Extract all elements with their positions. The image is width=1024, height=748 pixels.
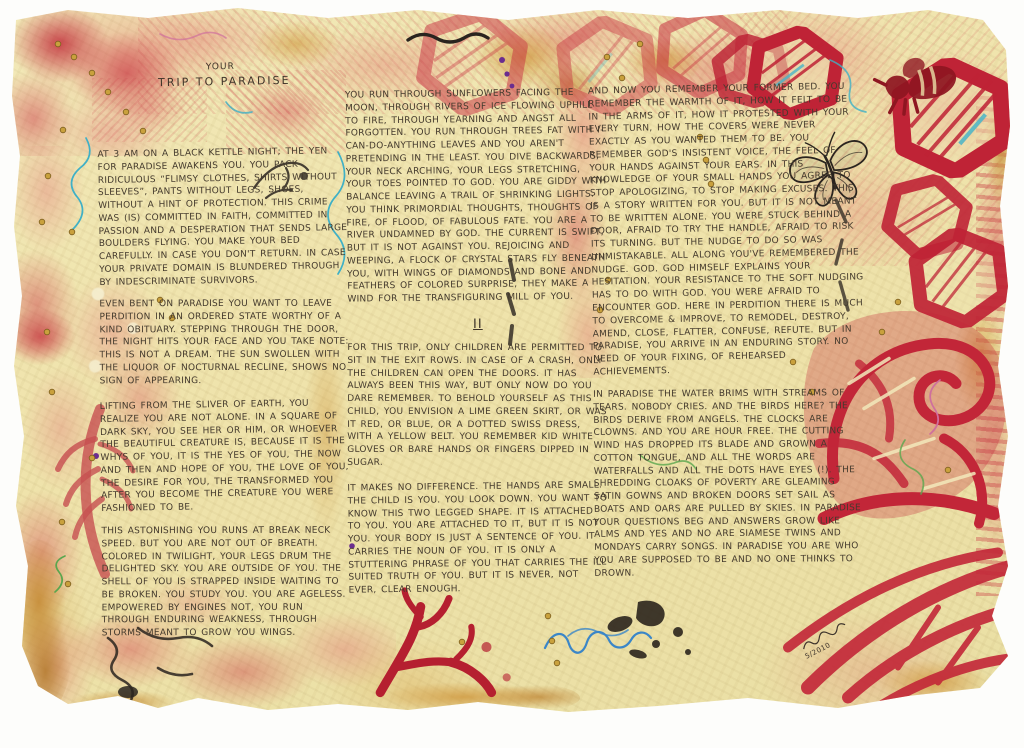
ink-splotch-cluster	[598, 592, 708, 672]
paragraph: It makes no difference. The hands are sm…	[347, 480, 610, 598]
paragraph: For this trip, only children are permitt…	[347, 342, 609, 470]
section-marker-ii: II	[347, 315, 609, 335]
paragraph: Lifting from the sliver of earth, you re…	[100, 397, 352, 516]
text-column-3: And now you remember your former bed. Yo…	[589, 81, 867, 591]
scanned-artwork-page: Your Trip to Paradise At 3 AM on a black…	[0, 0, 1024, 748]
paragraph: This astonishing you runs at break neck …	[101, 524, 351, 640]
artwork-title: Your Trip to Paradise	[158, 61, 291, 89]
crumpled-paper-sheet: Your Trip to Paradise At 3 AM on a black…	[8, 6, 1012, 714]
paragraph: In paradise the water brims with streams…	[593, 387, 866, 580]
paragraph: You run through sunflowers facing the mo…	[345, 86, 610, 306]
title-trip-to-paradise: Trip to Paradise	[158, 74, 291, 89]
text-column-1: At 3 AM on a black kettle night; the yen…	[98, 146, 352, 652]
title-word-your: Your	[206, 61, 291, 72]
paragraph: At 3 AM on a black kettle night; the yen…	[97, 145, 349, 289]
paragraph: Even bent on paradise you want to leave …	[99, 298, 349, 388]
paragraph: And now you remember your former bed. Yo…	[588, 80, 866, 379]
text-column-2: You run through sunflowers facing the mo…	[346, 87, 611, 607]
